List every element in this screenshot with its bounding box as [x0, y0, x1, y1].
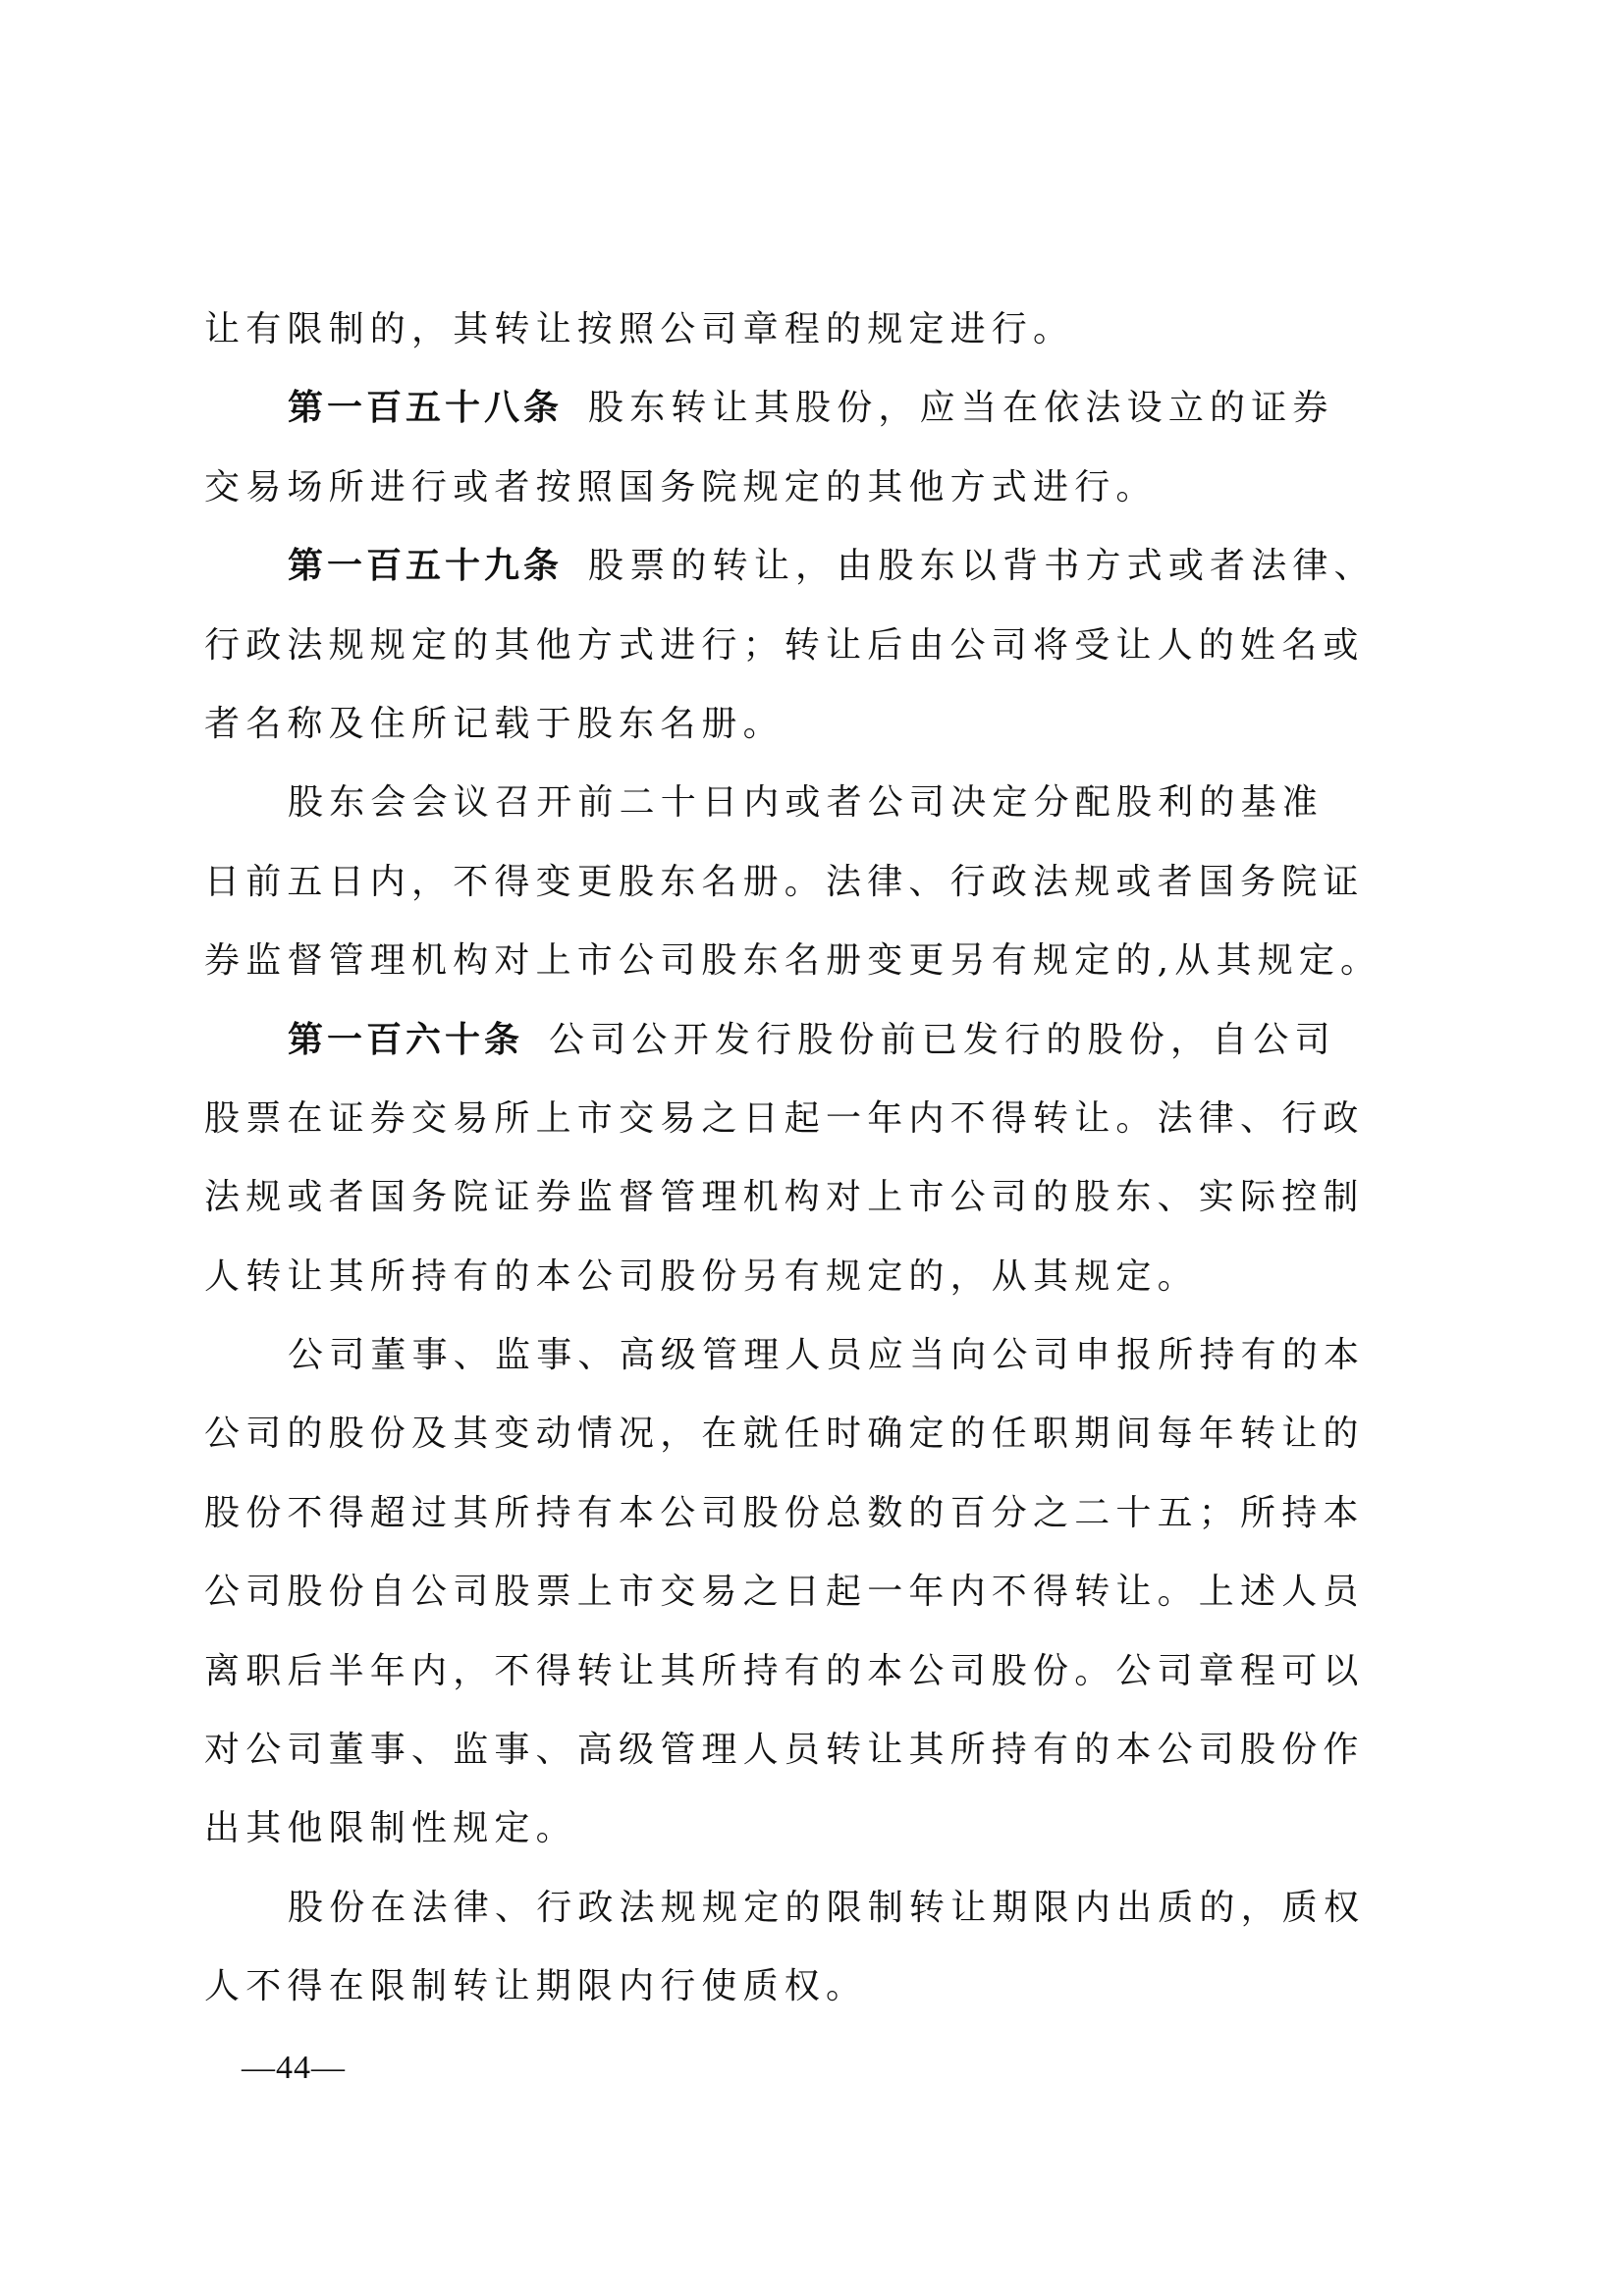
line-text: 行政法规规定的其他方式进行；转让后由公司将受让人的姓名或 — [204, 625, 1365, 666]
text-line: 对公司董事、监事、高级管理人员转让其所持有的本公司股份作 — [204, 1711, 1422, 1789]
text-line: 股东会会议召开前二十日内或者公司决定分配股利的基准 — [204, 764, 1422, 842]
line-text: 股份在法律、行政法规规定的限制转让期限内出质的，质权 — [288, 1888, 1365, 1928]
article-number: 第一百五十八条 — [288, 388, 563, 428]
line-text: 日前五日内，不得变更股东名册。法律、行政法规或者国务院证 — [204, 862, 1365, 902]
text-line: 券监督管理机构对上市公司股东名册变更另有规定的,从其规定。 — [204, 922, 1422, 1000]
line-text: 人不得在限制转让期限内行使质权。 — [204, 1966, 867, 2006]
text-line: 人不得在限制转让期限内行使质权。 — [204, 1948, 1422, 2026]
line-text: 券监督管理机构对上市公司股东名册变更另有规定的,从其规定。 — [204, 940, 1381, 981]
page-number: —44— — [242, 2050, 346, 2087]
line-text: 股东转让其股份，应当在依法设立的证券 — [588, 388, 1334, 428]
line-text: 人转让其所持有的本公司股份另有规定的，从其规定。 — [204, 1256, 1199, 1297]
text-line: 公司董事、监事、高级管理人员应当向公司申报所持有的本 — [204, 1316, 1422, 1395]
line-text: 法规或者国务院证券监督管理机构对上市公司的股东、实际控制 — [204, 1177, 1365, 1217]
text-line: 公司的股份及其变动情况，在就任时确定的任职期间每年转让的 — [204, 1395, 1422, 1473]
text-line: 让有限制的，其转让按照公司章程的规定进行。 — [204, 291, 1422, 369]
text-line-article-158: 第一百五十八条股东转让其股份，应当在依法设立的证券 — [204, 369, 1422, 448]
text-line: 公司股份自公司股票上市交易之日起一年内不得转让。上述人员 — [204, 1553, 1422, 1631]
text-line: 者名称及住所记载于股东名册。 — [204, 685, 1422, 764]
text-line: 出其他限制性规定。 — [204, 1789, 1422, 1868]
text-line: 股份在法律、行政法规规定的限制转让期限内出质的，质权 — [204, 1869, 1422, 1948]
document-page: 让有限制的，其转让按照公司章程的规定进行。 第一百五十八条股东转让其股份，应当在… — [0, 0, 1624, 2296]
article-number: 第一百五十九条 — [288, 546, 563, 586]
line-text: 公司董事、监事、高级管理人员应当向公司申报所持有的本 — [288, 1335, 1365, 1375]
text-line: 离职后半年内，不得转让其所持有的本公司股份。公司章程可以 — [204, 1632, 1422, 1711]
line-text: 公司的股份及其变动情况，在就任时确定的任职期间每年转让的 — [204, 1414, 1365, 1454]
line-text: 出其他限制性规定。 — [204, 1808, 577, 1848]
line-text: 让有限制的，其转让按照公司章程的规定进行。 — [204, 309, 1074, 349]
line-text: 公司公开发行股份前已发行的股份，自公司 — [549, 1020, 1336, 1060]
line-text: 股份不得超过其所持有本公司股份总数的百分之二十五；所持本 — [204, 1493, 1365, 1533]
line-text: 离职后半年内，不得转让其所持有的本公司股份。公司章程可以 — [204, 1651, 1365, 1691]
line-text: 对公司董事、监事、高级管理人员转让其所持有的本公司股份作 — [204, 1730, 1365, 1770]
line-text: 交易场所进行或者按照国务院规定的其他方式进行。 — [204, 467, 1158, 507]
text-line-article-159: 第一百五十九条股票的转让，由股东以背书方式或者法律、 — [204, 527, 1422, 606]
line-text: 股票的转让，由股东以背书方式或者法律、 — [588, 546, 1376, 586]
text-line: 日前五日内，不得变更股东名册。法律、行政法规或者国务院证 — [204, 843, 1422, 922]
line-text: 公司股份自公司股票上市交易之日起一年内不得转让。上述人员 — [204, 1572, 1365, 1612]
document-body: 让有限制的，其转让按照公司章程的规定进行。 第一百五十八条股东转让其股份，应当在… — [204, 291, 1422, 2027]
article-number: 第一百六十条 — [288, 1020, 523, 1060]
text-line: 人转让其所持有的本公司股份另有规定的，从其规定。 — [204, 1238, 1422, 1316]
text-line: 股份不得超过其所持有本公司股份总数的百分之二十五；所持本 — [204, 1474, 1422, 1553]
text-line-article-160: 第一百六十条公司公开发行股份前已发行的股份，自公司 — [204, 1001, 1422, 1080]
text-line: 法规或者国务院证券监督管理机构对上市公司的股东、实际控制 — [204, 1158, 1422, 1237]
text-line: 行政法规规定的其他方式进行；转让后由公司将受让人的姓名或 — [204, 607, 1422, 685]
text-line: 股票在证券交易所上市交易之日起一年内不得转让。法律、行政 — [204, 1080, 1422, 1158]
line-text: 股票在证券交易所上市交易之日起一年内不得转让。法律、行政 — [204, 1098, 1365, 1139]
text-line: 交易场所进行或者按照国务院规定的其他方式进行。 — [204, 449, 1422, 527]
line-text: 股东会会议召开前二十日内或者公司决定分配股利的基准 — [288, 782, 1324, 823]
line-text: 者名称及住所记载于股东名册。 — [204, 704, 785, 744]
